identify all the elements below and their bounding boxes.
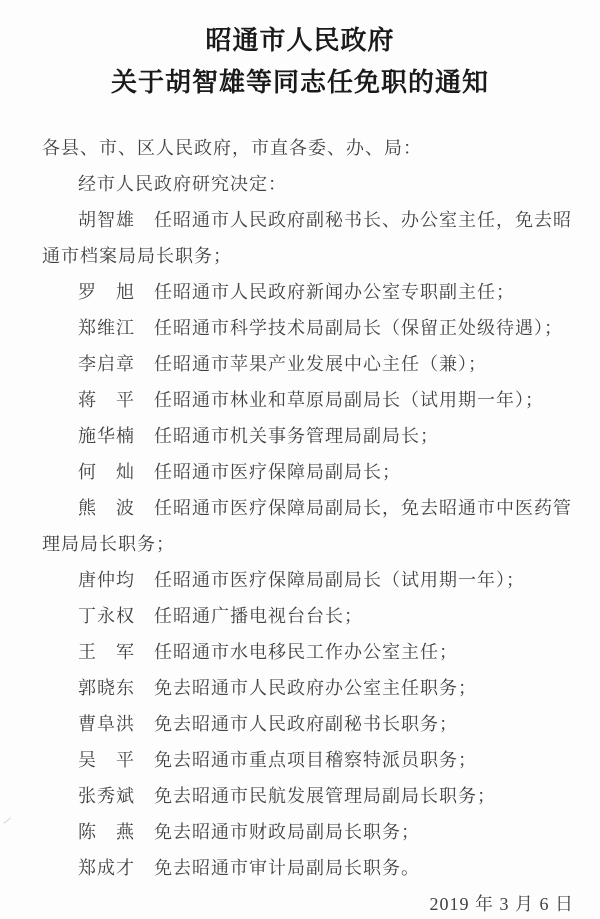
appointment-entry: 蒋 平任昭通市林业和草原局副局长（试用期一年）； bbox=[42, 382, 574, 418]
appointment-entry: 丁永权任昭通广播电视台台长； bbox=[42, 598, 574, 634]
doc-title-line1: 昭通市人民政府 bbox=[0, 20, 600, 62]
appointment-action: 任昭通市科学技术局副局长（保留正处级待遇）； bbox=[154, 318, 563, 338]
appointment-action: 任昭通市苹果产业发展中心主任（兼）； bbox=[154, 354, 487, 374]
appointment-action: 免去昭通市财政局副局长职务； bbox=[154, 822, 420, 842]
appointment-action: 免去昭通市重点项目稽察特派员职务； bbox=[154, 750, 477, 770]
intro-sentence: 经市人民政府研究决定： bbox=[42, 166, 574, 202]
appointment-entry: 熊 波任昭通市医疗保障局副局长，免去昭通市中医药管理局局长职务； bbox=[42, 490, 574, 562]
person-name: 罗 旭 bbox=[78, 282, 135, 302]
person-name: 吴 平 bbox=[78, 750, 135, 770]
appointment-action: 免去昭通市民航发展管理局副局长职务； bbox=[154, 786, 496, 806]
appointment-entry: 曹阜洪免去昭通市人民政府副秘书长职务； bbox=[42, 706, 574, 742]
person-name: 丁永权 bbox=[78, 606, 135, 626]
person-name: 李启章 bbox=[78, 354, 135, 374]
appointment-action: 任昭通市机关事务管理局副局长； bbox=[154, 426, 439, 446]
person-name: 熊 波 bbox=[78, 498, 135, 518]
person-name: 胡智雄 bbox=[78, 210, 135, 230]
appointment-entry: 张秀斌免去昭通市民航发展管理局副局长职务； bbox=[42, 778, 574, 814]
appointment-entry: 何 灿任昭通市医疗保障局副局长； bbox=[42, 454, 574, 490]
appointment-action: 任昭通市人民政府新闻办公室专职副主任； bbox=[154, 282, 515, 302]
person-name: 蒋 平 bbox=[78, 390, 135, 410]
person-name: 张秀斌 bbox=[78, 786, 135, 806]
person-name: 曹阜洪 bbox=[78, 714, 135, 734]
appointment-entry: 施华楠任昭通市机关事务管理局副局长； bbox=[42, 418, 574, 454]
appointment-entry: 吴 平免去昭通市重点项目稽察特派员职务； bbox=[42, 742, 574, 778]
appointment-entry: 郭晓东免去昭通市人民政府办公室主任职务； bbox=[42, 670, 574, 706]
person-name: 何 灿 bbox=[78, 462, 135, 482]
appointment-entry: 陈 燕免去昭通市财政局副局长职务； bbox=[42, 814, 574, 850]
appointment-entry: 唐仲均任昭通市医疗保障局副局长（试用期一年）； bbox=[42, 562, 574, 598]
appointment-action: 免去昭通市人民政府办公室主任职务； bbox=[154, 678, 477, 698]
appointment-action: 任昭通市水电移民工作办公室主任； bbox=[154, 642, 458, 662]
appointment-entry: 李启章任昭通市苹果产业发展中心主任（兼）； bbox=[42, 346, 574, 382]
person-name: 郑维江 bbox=[78, 318, 135, 338]
appointment-entry: 胡智雄任昭通市人民政府副秘书长、办公室主任，免去昭通市档案局局长职务； bbox=[42, 202, 574, 274]
appointment-entry: 郑维江任昭通市科学技术局副局长（保留正处级待遇）； bbox=[42, 310, 574, 346]
person-name: 王 军 bbox=[78, 642, 135, 662]
person-name: 郭晓东 bbox=[78, 678, 135, 698]
scan-artifact bbox=[3, 817, 11, 824]
appointment-action: 免去昭通市审计局副局长职务。 bbox=[154, 858, 420, 878]
person-name: 施华楠 bbox=[78, 426, 135, 446]
appointment-list: 胡智雄任昭通市人民政府副秘书长、办公室主任，免去昭通市档案局局长职务； 罗 旭任… bbox=[42, 202, 574, 886]
appointment-entry: 郑成才免去昭通市审计局副局长职务。 bbox=[42, 850, 574, 886]
appointment-entry: 王 军任昭通市水电移民工作办公室主任； bbox=[42, 634, 574, 670]
appointment-entry: 罗 旭任昭通市人民政府新闻办公室专职副主任； bbox=[42, 274, 574, 310]
appointment-action: 任昭通市林业和草原局副局长（试用期一年）； bbox=[154, 390, 544, 410]
appointment-action: 任昭通市医疗保障局副局长（试用期一年）； bbox=[154, 570, 525, 590]
appointment-action: 任昭通广播电视台台长； bbox=[154, 606, 363, 626]
appointment-action: 任昭通市医疗保障局副局长； bbox=[154, 462, 401, 482]
doc-body: 各县、市、区人民政府，市直各委、办、局： 经市人民政府研究决定： 胡智雄任昭通市… bbox=[42, 130, 574, 919]
person-name: 郑成才 bbox=[78, 858, 135, 878]
person-name: 唐仲均 bbox=[78, 570, 135, 590]
doc-date: 2019 年 3 月 6 日 bbox=[42, 886, 574, 919]
appointment-action: 免去昭通市人民政府副秘书长职务； bbox=[154, 714, 458, 734]
doc-title-line2: 关于胡智雄等同志任免职的通知 bbox=[0, 62, 600, 104]
document-page: 昭通市人民政府 关于胡智雄等同志任免职的通知 各县、市、区人民政府，市直各委、办… bbox=[0, 0, 600, 919]
salutation: 各县、市、区人民政府，市直各委、办、局： bbox=[42, 130, 574, 166]
person-name: 陈 燕 bbox=[78, 822, 135, 842]
